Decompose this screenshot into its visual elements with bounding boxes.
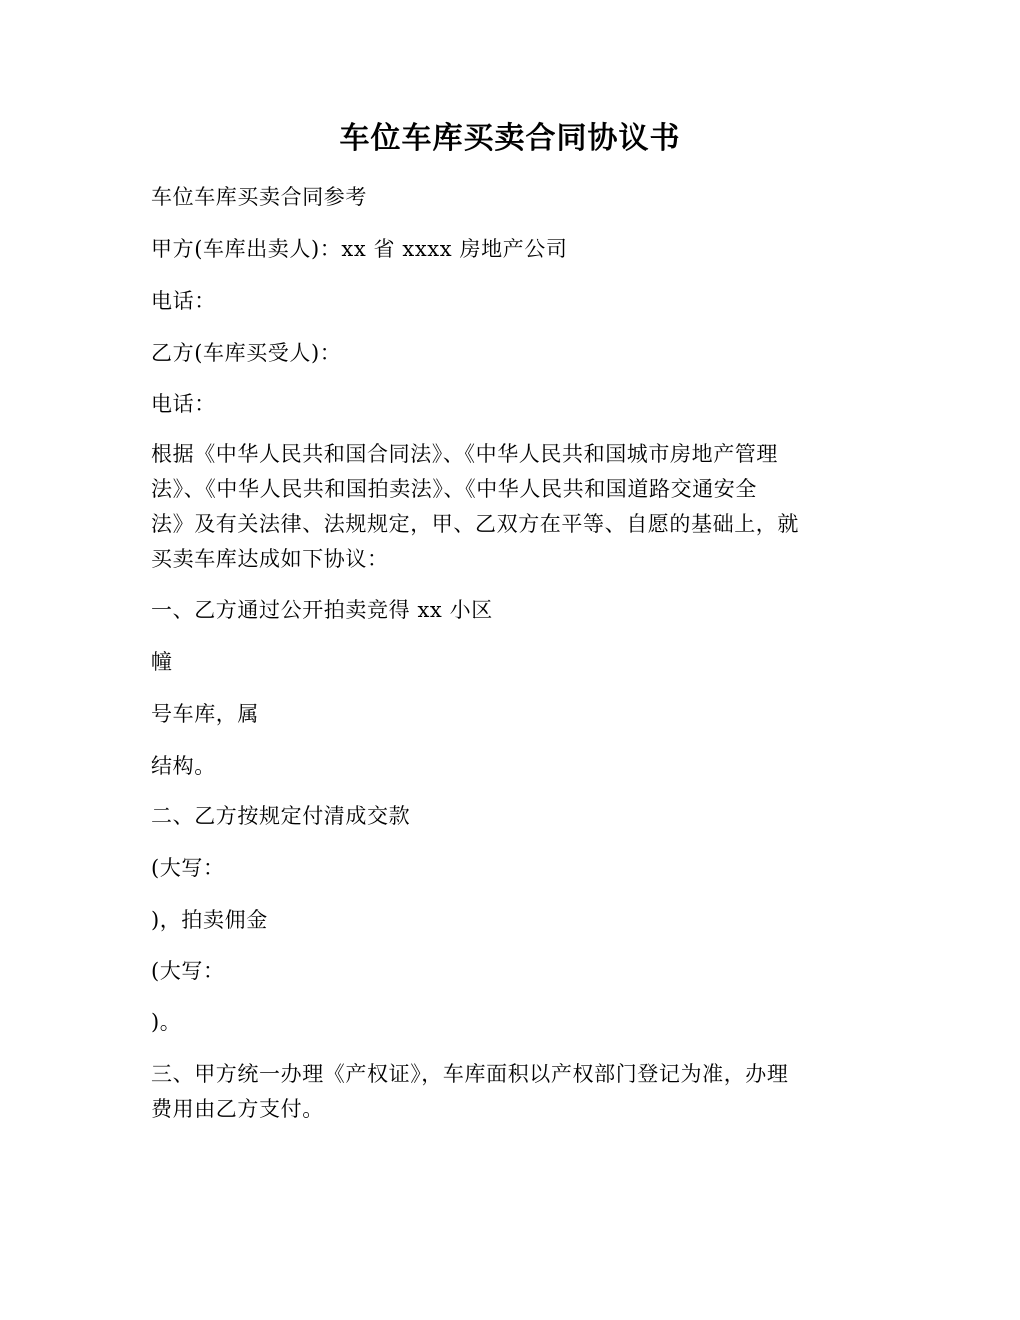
text-line: 电话： — [151, 387, 851, 422]
text-line: )，拍卖佣金 — [151, 903, 851, 938]
text-line: (大写： — [151, 851, 851, 886]
document-title: 车位车库买卖合同协议书 — [0, 116, 1020, 162]
party-b-line: 乙方(车库买受人)： — [151, 336, 851, 371]
clause-2-end-line: )。 — [151, 1005, 851, 1040]
clause-1-line: 一、乙方通过公开拍卖竞得 xx 小区 — [151, 593, 851, 628]
text-line: 买卖车库达成如下协议： — [151, 542, 851, 577]
text-line: 结构。 — [151, 749, 851, 784]
text-line: 二、乙方按规定付清成交款 — [151, 799, 851, 834]
document-page: 车位车库买卖合同协议书 车位车库买卖合同参考 甲方(车库出卖人)：xx 省 xx… — [0, 0, 1020, 1320]
clause-2-line: 二、乙方按规定付清成交款 — [151, 799, 851, 834]
clause-2-amount-words-line: (大写： — [151, 851, 851, 886]
subtitle: 车位车库买卖合同参考 — [151, 180, 851, 215]
text-line: 根据《中华人民共和国合同法》、《中华人民共和国城市房地产管理 — [151, 437, 851, 472]
clause-1-garage-line: 号车库，属 — [151, 697, 851, 732]
text-line: 甲方(车库出卖人)：xx 省 xxxx 房地产公司 — [151, 232, 851, 267]
text-line: 法》及有关法律、法规规定，甲、乙双方在平等、自愿的基础上，就 — [151, 507, 851, 542]
preamble-paragraph: 根据《中华人民共和国合同法》、《中华人民共和国城市房地产管理 法》、《中华人民共… — [151, 437, 851, 577]
text-line: 车位车库买卖合同参考 — [151, 180, 851, 215]
text-line: 电话： — [151, 284, 851, 319]
text-line: 三、甲方统一办理《产权证》，车库面积以产权部门登记为准，办理 — [151, 1057, 851, 1092]
clause-1-building-line: 幢 — [151, 645, 851, 680]
text-line: )。 — [151, 1005, 851, 1040]
text-line: 乙方(车库买受人)： — [151, 336, 851, 371]
clause-2-commission-line: )，拍卖佣金 — [151, 903, 851, 938]
text-line: 幢 — [151, 645, 851, 680]
clause-3-paragraph: 三、甲方统一办理《产权证》，车库面积以产权部门登记为准，办理 费用由乙方支付。 — [151, 1057, 851, 1127]
text-line: 费用由乙方支付。 — [151, 1092, 851, 1127]
party-a-phone-line: 电话： — [151, 284, 851, 319]
text-line: (大写： — [151, 954, 851, 989]
clause-1-structure-line: 结构。 — [151, 749, 851, 784]
party-a-line: 甲方(车库出卖人)：xx 省 xxxx 房地产公司 — [151, 232, 851, 267]
text-line: 一、乙方通过公开拍卖竞得 xx 小区 — [151, 593, 851, 628]
text-line: 号车库，属 — [151, 697, 851, 732]
party-b-phone-line: 电话： — [151, 387, 851, 422]
clause-2-commission-words-line: (大写： — [151, 954, 851, 989]
text-line: 法》、《中华人民共和国拍卖法》、《中华人民共和国道路交通安全 — [151, 472, 851, 507]
